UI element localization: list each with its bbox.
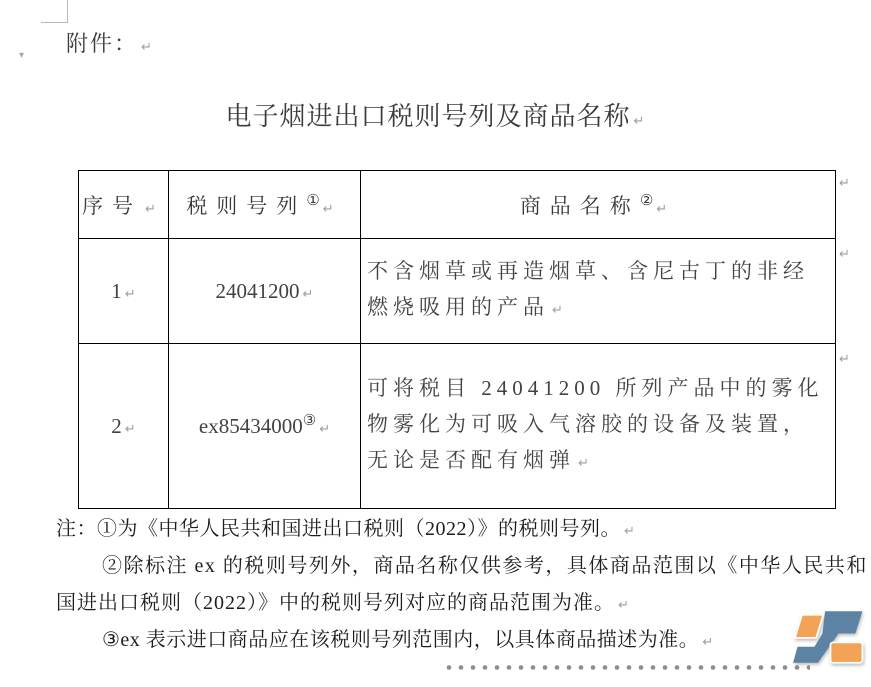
row-end-mark-icon: ↵ bbox=[839, 176, 850, 191]
paragraph-mark-icon: ↵ bbox=[323, 202, 343, 217]
document-title: 电子烟进出口税则号列及商品名称 bbox=[226, 102, 631, 131]
paragraph-mark-icon: ↵ bbox=[125, 422, 136, 437]
footnote-line-4: ③ex 表示进口商品应在该税则号列范围内，以具体商品描述为准。↵ bbox=[102, 623, 714, 652]
product-name-line: 可将税目 24041200 所列产品中的雾化 bbox=[367, 370, 829, 406]
attachment-label-row: 附件：↵ bbox=[66, 27, 154, 58]
paragraph-mark-icon: ↵ bbox=[319, 422, 330, 437]
dotted-separator bbox=[446, 664, 810, 671]
footnote-ref-2: ② bbox=[640, 193, 653, 209]
cell-product-name: 不含烟草或再造烟草、含尼古丁的非经 燃烧吸用的产品↵ bbox=[361, 239, 836, 344]
paragraph-mark-icon: ↵ bbox=[145, 202, 165, 217]
cell-product-name: 可将税目 24041200 所列产品中的雾化 物雾化为可吸入气溶胶的设备及装置，… bbox=[361, 344, 836, 509]
paragraph-mark-icon: ↵ bbox=[702, 635, 713, 650]
paragraph-mark-icon: ↵ bbox=[618, 598, 630, 613]
footnote-line-2: ②除标注 ex 的税则号列外，商品名称仅供参考，具体商品范围以《中华人民共和 bbox=[102, 549, 868, 578]
table-header-row: 序号↵ 税则号列①↵ 商品名称②↵ bbox=[79, 171, 836, 239]
brand-logo bbox=[786, 605, 866, 669]
paragraph-mark-icon: ↵ bbox=[125, 287, 136, 302]
footnote-ref-3: ③ bbox=[303, 413, 316, 429]
row-end-mark-icon: ↵ bbox=[839, 352, 850, 367]
cell-tariff-code: ex85434000③↵ bbox=[169, 344, 361, 509]
paragraph-mark-icon: ↵ bbox=[552, 303, 568, 318]
tariff-table: 序号↵ 税则号列①↵ 商品名称②↵ 1↵ 24041200↵ 不含烟草或再造烟草… bbox=[78, 170, 836, 509]
paragraph-mark-icon: ↵ bbox=[656, 202, 676, 217]
paragraph-mark-icon: ↵ bbox=[634, 114, 646, 129]
ruler-mark-icon: ▾ bbox=[19, 51, 24, 61]
paragraph-mark-icon: ↵ bbox=[303, 287, 314, 302]
product-name-line: 无论是否配有烟弹↵ bbox=[367, 442, 829, 482]
page-margin-corner-mark bbox=[67, 0, 68, 23]
header-cell-code: 税则号列①↵ bbox=[169, 171, 361, 239]
page-margin-corner-mark bbox=[41, 22, 68, 23]
paragraph-mark-icon: ↵ bbox=[141, 40, 154, 55]
paragraph-mark-icon: ↵ bbox=[624, 524, 635, 539]
table-row: 2↵ ex85434000③↵ 可将税目 24041200 所列产品中的雾化 物… bbox=[79, 344, 836, 509]
header-cell-name: 商品名称②↵ bbox=[361, 171, 836, 239]
product-name-line: 物雾化为可吸入气溶胶的设备及装置， bbox=[367, 406, 829, 442]
table-row: 1↵ 24041200↵ 不含烟草或再造烟草、含尼古丁的非经 燃烧吸用的产品↵ bbox=[79, 239, 836, 344]
document-page: ▾ 附件：↵ 电子烟进出口税则号列及商品名称↵ 序号↵ 税则号列①↵ 商品名称②… bbox=[0, 0, 871, 687]
footnote-line-1: 注：①为《中华人民共和国进出口税则（2022）》的税则号列。↵ bbox=[56, 512, 635, 541]
cell-serial: 1↵ bbox=[79, 239, 169, 344]
logo-z-icon bbox=[786, 605, 866, 669]
paragraph-mark-icon: ↵ bbox=[578, 456, 594, 471]
footnote-ref-1: ① bbox=[306, 193, 319, 209]
row-end-mark-icon: ↵ bbox=[839, 247, 850, 262]
header-cell-no: 序号↵ bbox=[79, 171, 169, 239]
cell-tariff-code: 24041200↵ bbox=[169, 239, 361, 344]
page-title: 电子烟进出口税则号列及商品名称↵ bbox=[0, 96, 871, 133]
product-name-line: 燃烧吸用的产品↵ bbox=[367, 289, 829, 329]
attachment-label: 附件： bbox=[66, 31, 138, 56]
product-name-line: 不含烟草或再造烟草、含尼古丁的非经 bbox=[367, 253, 829, 289]
footnote-line-3: 国进出口税则（2022）》中的税则号列对应的商品范围为准。↵ bbox=[56, 586, 630, 615]
cell-serial: 2↵ bbox=[79, 344, 169, 509]
